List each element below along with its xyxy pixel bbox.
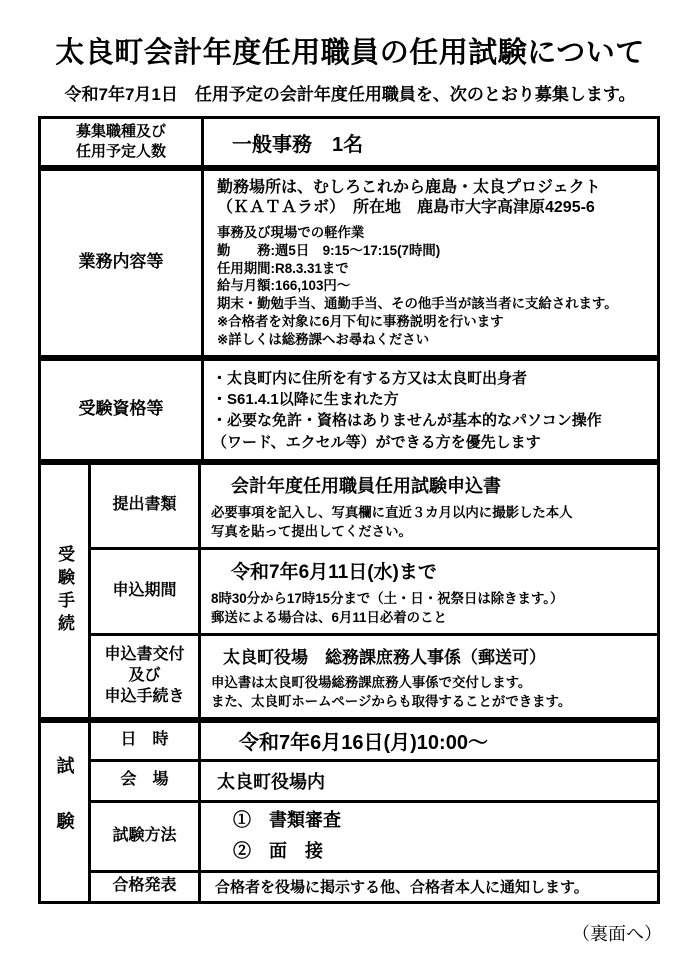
exam-method-value: ① 書類審査 ② 面 接 (233, 805, 341, 868)
business-content: 勤務場所は、むしろこれから鹿島・太良プロジェクト （ＫＡＴＡラボ） 所在地 鹿島… (204, 171, 657, 355)
exam-rows: 日 時 令和7年6月16日(月)10:00～ 会 場 太良町役場内 試験方法 ①… (91, 723, 657, 901)
row-datetime: 日 時 令和7年6月16日(月)10:00～ (91, 723, 657, 759)
page-subtitle: 令和7年7月1日 任用予定の会計年度任用職員を、次のとおり募集します。 (0, 80, 700, 105)
row-application-period: 申込期間 令和7年6月11日(水)まで 8時30分から17時15分まで（土・日・… (91, 547, 657, 633)
application-period-body: 8時30分から17時15分まで（土・日・祝祭日は除きます。） 郵送による場合は、… (211, 589, 653, 628)
result-announcement-content: 合格者を役場に掲示する他、合格者本人に通知します。 (201, 873, 657, 901)
venue-label: 会 場 (91, 762, 201, 800)
result-announcement-value: 合格者を役場に掲示する他、合格者本人に通知します。 (215, 876, 589, 897)
datetime-content: 令和7年6月16日(月)10:00～ (201, 723, 657, 759)
venue-value: 太良町役場内 (217, 768, 325, 794)
application-period-label: 申込期間 (91, 550, 201, 633)
back-side-note: （裏面へ） (0, 920, 662, 946)
section-procedure: 受験手続 提出書類 会計年度任用職員任用試験申込書 必要事項を記入し、写真欄に直… (41, 465, 657, 717)
exam-vertical-label: 試験 (41, 723, 91, 901)
form-grant-body: 申込書は太良町役場総務課庶務人事係で交付します。 また、太良町ホームページからも… (211, 673, 653, 712)
application-period-heading: 令和7年6月11日(水)まで (231, 557, 653, 584)
row-form-grant: 申込書交付 及び 申込手続き 太良町役場 総務課庶務人事係（郵送可） 申込書は太… (91, 633, 657, 717)
result-announcement-label: 合格発表 (91, 873, 201, 901)
datetime-label: 日 時 (91, 723, 201, 759)
business-label: 業務内容等 (41, 171, 204, 355)
business-workplace: 勤務場所は、むしろこれから鹿島・太良プロジェクト （ＫＡＴＡラボ） 所在地 鹿島… (217, 178, 653, 219)
section-exam: 試験 日 時 令和7年6月16日(月)10:00～ 会 場 太良町役場内 試験方… (41, 723, 657, 901)
qualification-value: ・太良町内に住所を有する方又は太良町出身者 ・S61.4.1以降に生まれた方 ・… (204, 361, 657, 459)
datetime-value: 令和7年6月16日(月)10:00～ (239, 726, 488, 755)
exam-method-content: ① 書類審査 ② 面 接 (201, 803, 657, 870)
procedure-rows: 提出書類 会計年度任用職員任用試験申込書 必要事項を記入し、写真欄に直近３カ月以… (91, 465, 657, 717)
row-exam-method: 試験方法 ① 書類審査 ② 面 接 (91, 800, 657, 870)
row-result-announcement: 合格発表 合格者を役場に掲示する他、合格者本人に通知します。 (91, 870, 657, 901)
row-venue: 会 場 太良町役場内 (91, 759, 657, 800)
position-value: 一般事務 1名 (204, 119, 657, 165)
row-position: 募集職種及び 任用予定人数 一般事務 1名 (41, 119, 657, 165)
form-grant-content: 太良町役場 総務課庶務人事係（郵送可） 申込書は太良町役場総務課庶務人事係で交付… (201, 636, 657, 717)
exam-method-label: 試験方法 (91, 803, 201, 870)
qualification-label: 受験資格等 (41, 361, 204, 459)
application-period-content: 令和7年6月11日(水)まで 8時30分から17時15分まで（土・日・祝祭日は除… (201, 550, 657, 633)
documents-content: 会計年度任用職員任用試験申込書 必要事項を記入し、写真欄に直近３カ月以内に撮影し… (201, 465, 657, 547)
documents-heading: 会計年度任用職員任用試験申込書 (231, 472, 653, 498)
row-business: 業務内容等 勤務場所は、むしろこれから鹿島・太良プロジェクト （ＫＡＴＡラボ） … (41, 171, 657, 355)
venue-content: 太良町役場内 (201, 762, 657, 800)
form-grant-label: 申込書交付 及び 申込手続き (91, 636, 201, 717)
position-label: 募集職種及び 任用予定人数 (41, 119, 204, 165)
row-qualification: 受験資格等 ・太良町内に住所を有する方又は太良町出身者 ・S61.4.1以降に生… (41, 361, 657, 459)
row-documents: 提出書類 会計年度任用職員任用試験申込書 必要事項を記入し、写真欄に直近３カ月以… (91, 465, 657, 547)
procedure-vertical-label: 受験手続 (41, 465, 91, 717)
page-title: 太良町会計年度任用職員の任用試験について (0, 0, 700, 71)
recruitment-table: 募集職種及び 任用予定人数 一般事務 1名 業務内容等 勤務場所は、むしろこれか… (38, 116, 660, 904)
business-details: 事務及び現場での軽作業 勤 務:週5日 9:15～17:15(7時間) 任用期間… (217, 224, 653, 349)
documents-label: 提出書類 (91, 465, 201, 547)
form-grant-heading: 太良町役場 総務課庶務人事係（郵送可） (223, 643, 653, 668)
documents-body: 必要事項を記入し、写真欄に直近３カ月以内に撮影した本人 写真を貼って提出してくだ… (211, 503, 653, 542)
